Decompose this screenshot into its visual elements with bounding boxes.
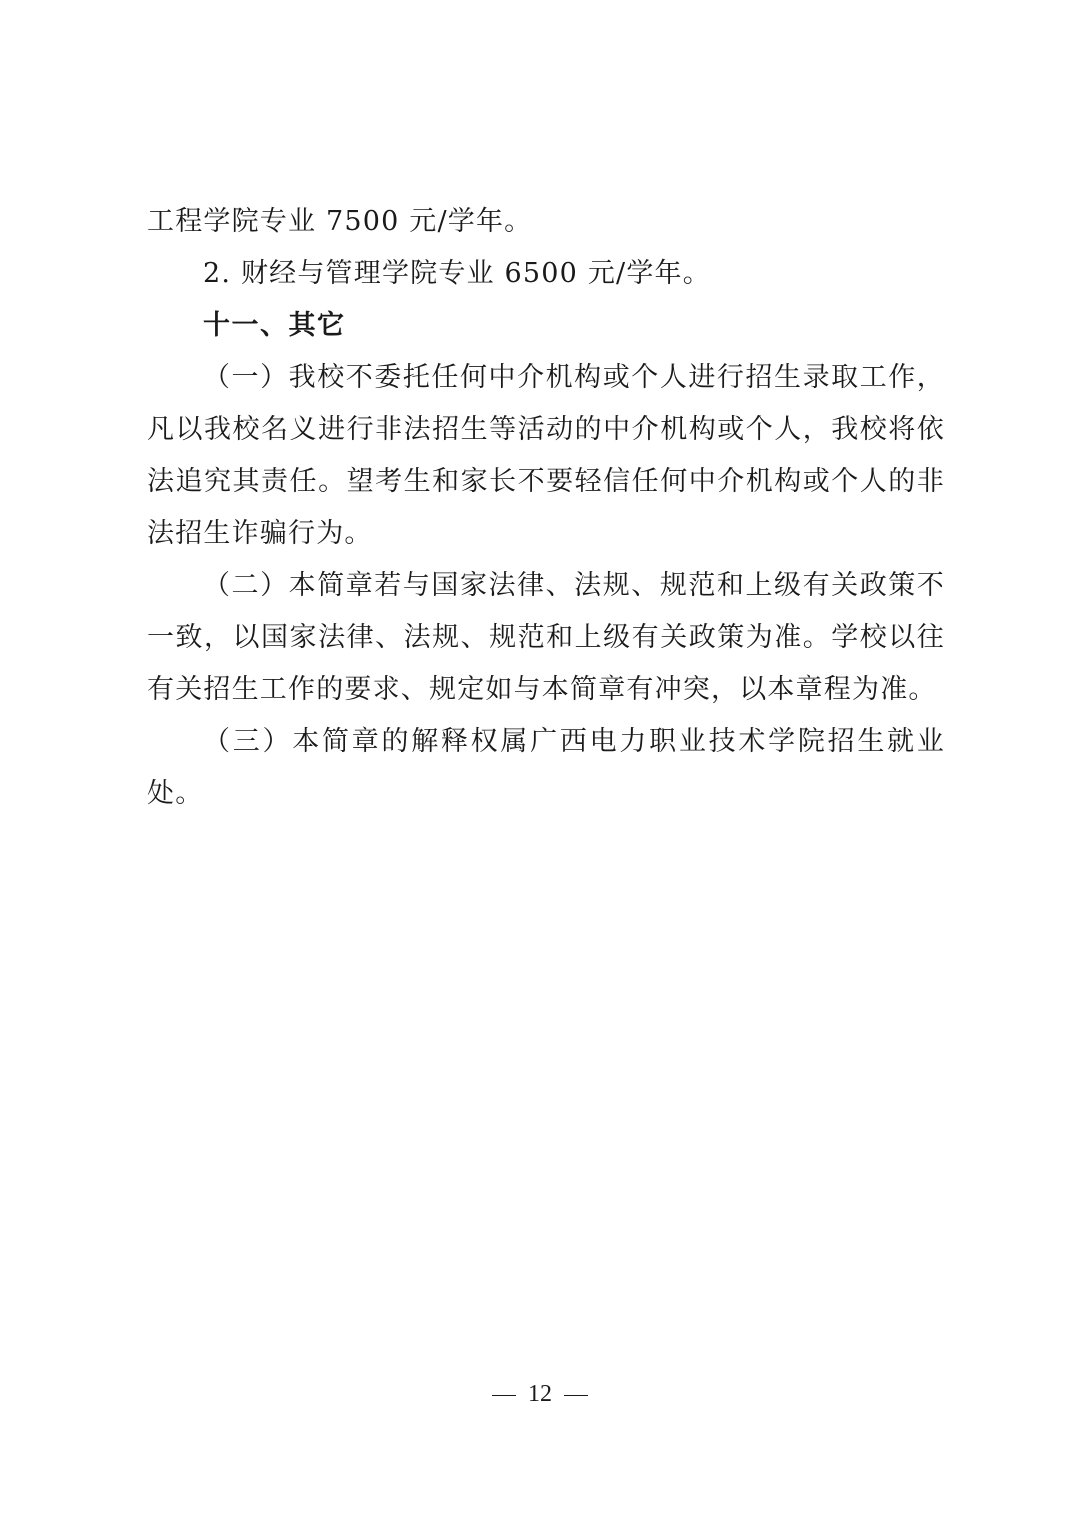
footer-dash-right <box>564 1395 588 1397</box>
page-footer: 12 <box>0 1378 1080 1410</box>
section-heading: 十一、其它 <box>147 300 945 352</box>
fee-item-2: 2. 财经与管理学院专业 6500 元/学年。 <box>147 248 945 300</box>
page-number: 12 <box>528 1381 552 1407</box>
footer-dash-left <box>492 1395 516 1397</box>
continuation-line: 工程学院专业 7500 元/学年。 <box>147 196 945 248</box>
paragraph-3: （三）本简章的解释权属广西电力职业技术学院招生就业处。 <box>147 716 945 820</box>
paragraph-1: （一）我校不委托任何中介机构或个人进行招生录取工作，凡以我校名义进行非法招生等活… <box>147 352 945 560</box>
paragraph-2: （二）本简章若与国家法律、法规、规范和上级有关政策不一致，以国家法律、法规、规范… <box>147 560 945 716</box>
document-page: 工程学院专业 7500 元/学年。 2. 财经与管理学院专业 6500 元/学年… <box>147 196 945 820</box>
